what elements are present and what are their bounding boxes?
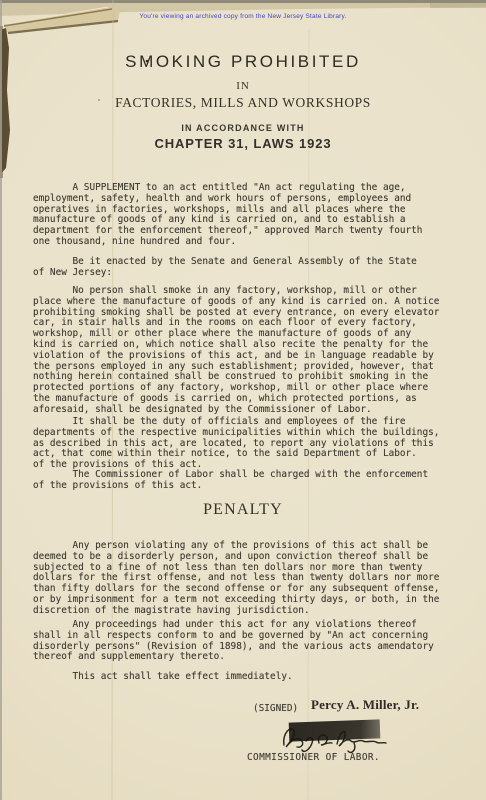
paragraph-penalty-terms: Any person violating any of the provisio…	[33, 541, 439, 617]
document-title: SMOKING PROHIBITED	[0, 52, 486, 72]
paragraph-proceedings: Any proceedings had under this act for a…	[33, 620, 434, 663]
signed-label: (SIGNED)	[253, 703, 298, 714]
paragraph-no-smoking-rule: No person shall smoke in any factory, wo…	[33, 286, 439, 416]
handwritten-signature	[279, 714, 394, 758]
paragraph-fire-department-duty: It shall be the duty of officials and em…	[33, 417, 439, 471]
document-subtitle-factories: FACTORIES, MILLS AND WORKSHOPS	[0, 95, 486, 111]
commissioner-name: Percy A. Miller, Jr.	[311, 697, 419, 713]
paragraph-supplement: A SUPPLEMENT to an act entitled "An act …	[33, 183, 422, 248]
chapter-law-line: CHAPTER 31, LAWS 1923	[0, 136, 486, 151]
archive-banner-text: You're viewing an archived copy from the…	[0, 13, 486, 20]
penalty-heading: PENALTY	[0, 501, 486, 519]
paragraph-enacting-clause: Be it enacted by the Senate and General …	[33, 257, 417, 279]
paragraph-commissioner-enforcement: The Commissioner of Labor shall be charg…	[33, 470, 428, 492]
paragraph-effective-date: This act shall take effect immediately.	[33, 672, 293, 683]
archived-document-page: You're viewing an archived copy from the…	[0, 0, 486, 800]
accordance-line: IN ACCORDANCE WITH	[0, 123, 486, 133]
document-subtitle-in: IN	[0, 80, 486, 92]
